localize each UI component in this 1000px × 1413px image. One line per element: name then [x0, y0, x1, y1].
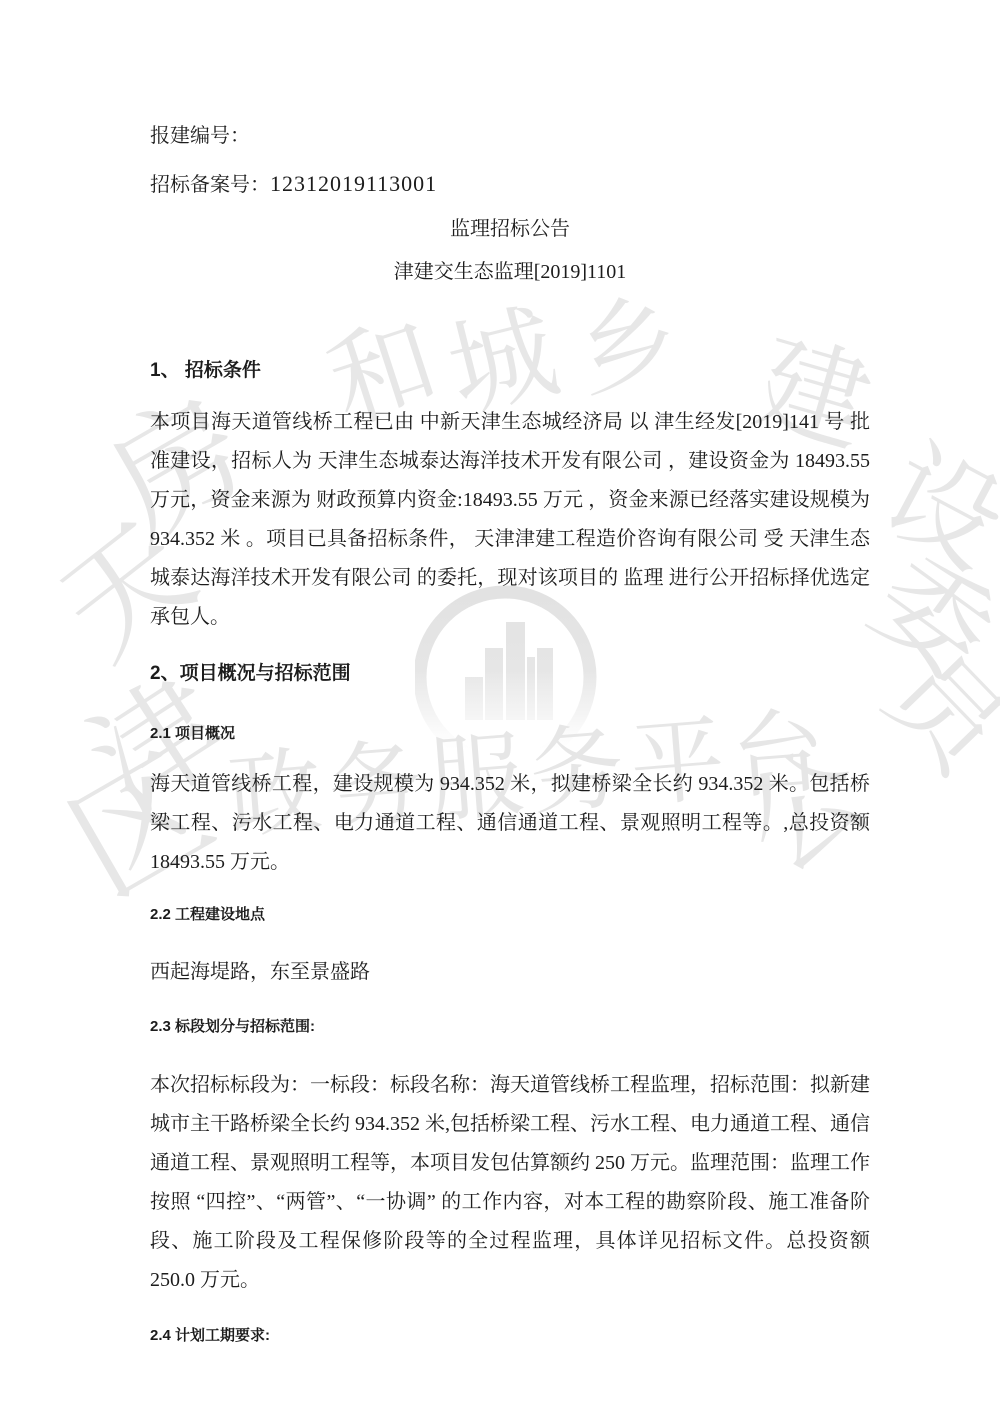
section-2-1-paragraph: 海天道管线桥工程，建设规模为 934.352 米，拟建桥梁全长约 934.352… — [150, 765, 870, 882]
document-content: 报建编号： 招标备案号：12312019113001 监理招标公告 津建交生态监… — [150, 0, 870, 1347]
document-title: 监理招标公告 — [150, 214, 870, 244]
section-1-paragraph: 本项目海天道管线桥工程已由 中新天津生态城经济局 以 津生经发[2019]141… — [150, 403, 870, 637]
section-2-1-heading: 2.1 项目概况 — [150, 723, 870, 745]
watermark-char: 员 — [867, 635, 1000, 791]
document-reference-number: 津建交生态监理[2019]1101 — [150, 257, 870, 287]
section-1-heading: 1、 招标条件 — [150, 356, 870, 386]
report-number-line: 报建编号： — [150, 121, 870, 151]
record-number-value: 12312019113001 — [270, 171, 437, 196]
watermark-char: 设 — [866, 432, 1000, 586]
section-2-3-paragraph: 本次招标标段为：一标段：标段名称：海天道管线桥工程监理，招标范围：拟新建城市主干… — [150, 1066, 870, 1300]
document-page: 房 和 城 乡 建 设 委 员 天 津 区 公 — [0, 0, 1000, 1413]
watermark-char: 委 — [854, 540, 1000, 696]
report-number-label: 报建编号： — [150, 125, 250, 147]
record-number-label: 招标备案号： — [150, 174, 270, 196]
section-2-2-heading: 2.2 工程建设地点 — [150, 904, 870, 926]
record-number-line: 招标备案号：12312019113001 — [150, 169, 870, 200]
section-2-4-heading: 2.4 计划工期要求: — [150, 1325, 870, 1347]
section-2-3-heading: 2.3 标段划分与招标范围: — [150, 1016, 870, 1038]
section-2-heading: 2、项目概况与招标范围 — [150, 659, 870, 689]
section-2-2-paragraph: 西起海堤路，东至景盛路 — [150, 953, 870, 992]
